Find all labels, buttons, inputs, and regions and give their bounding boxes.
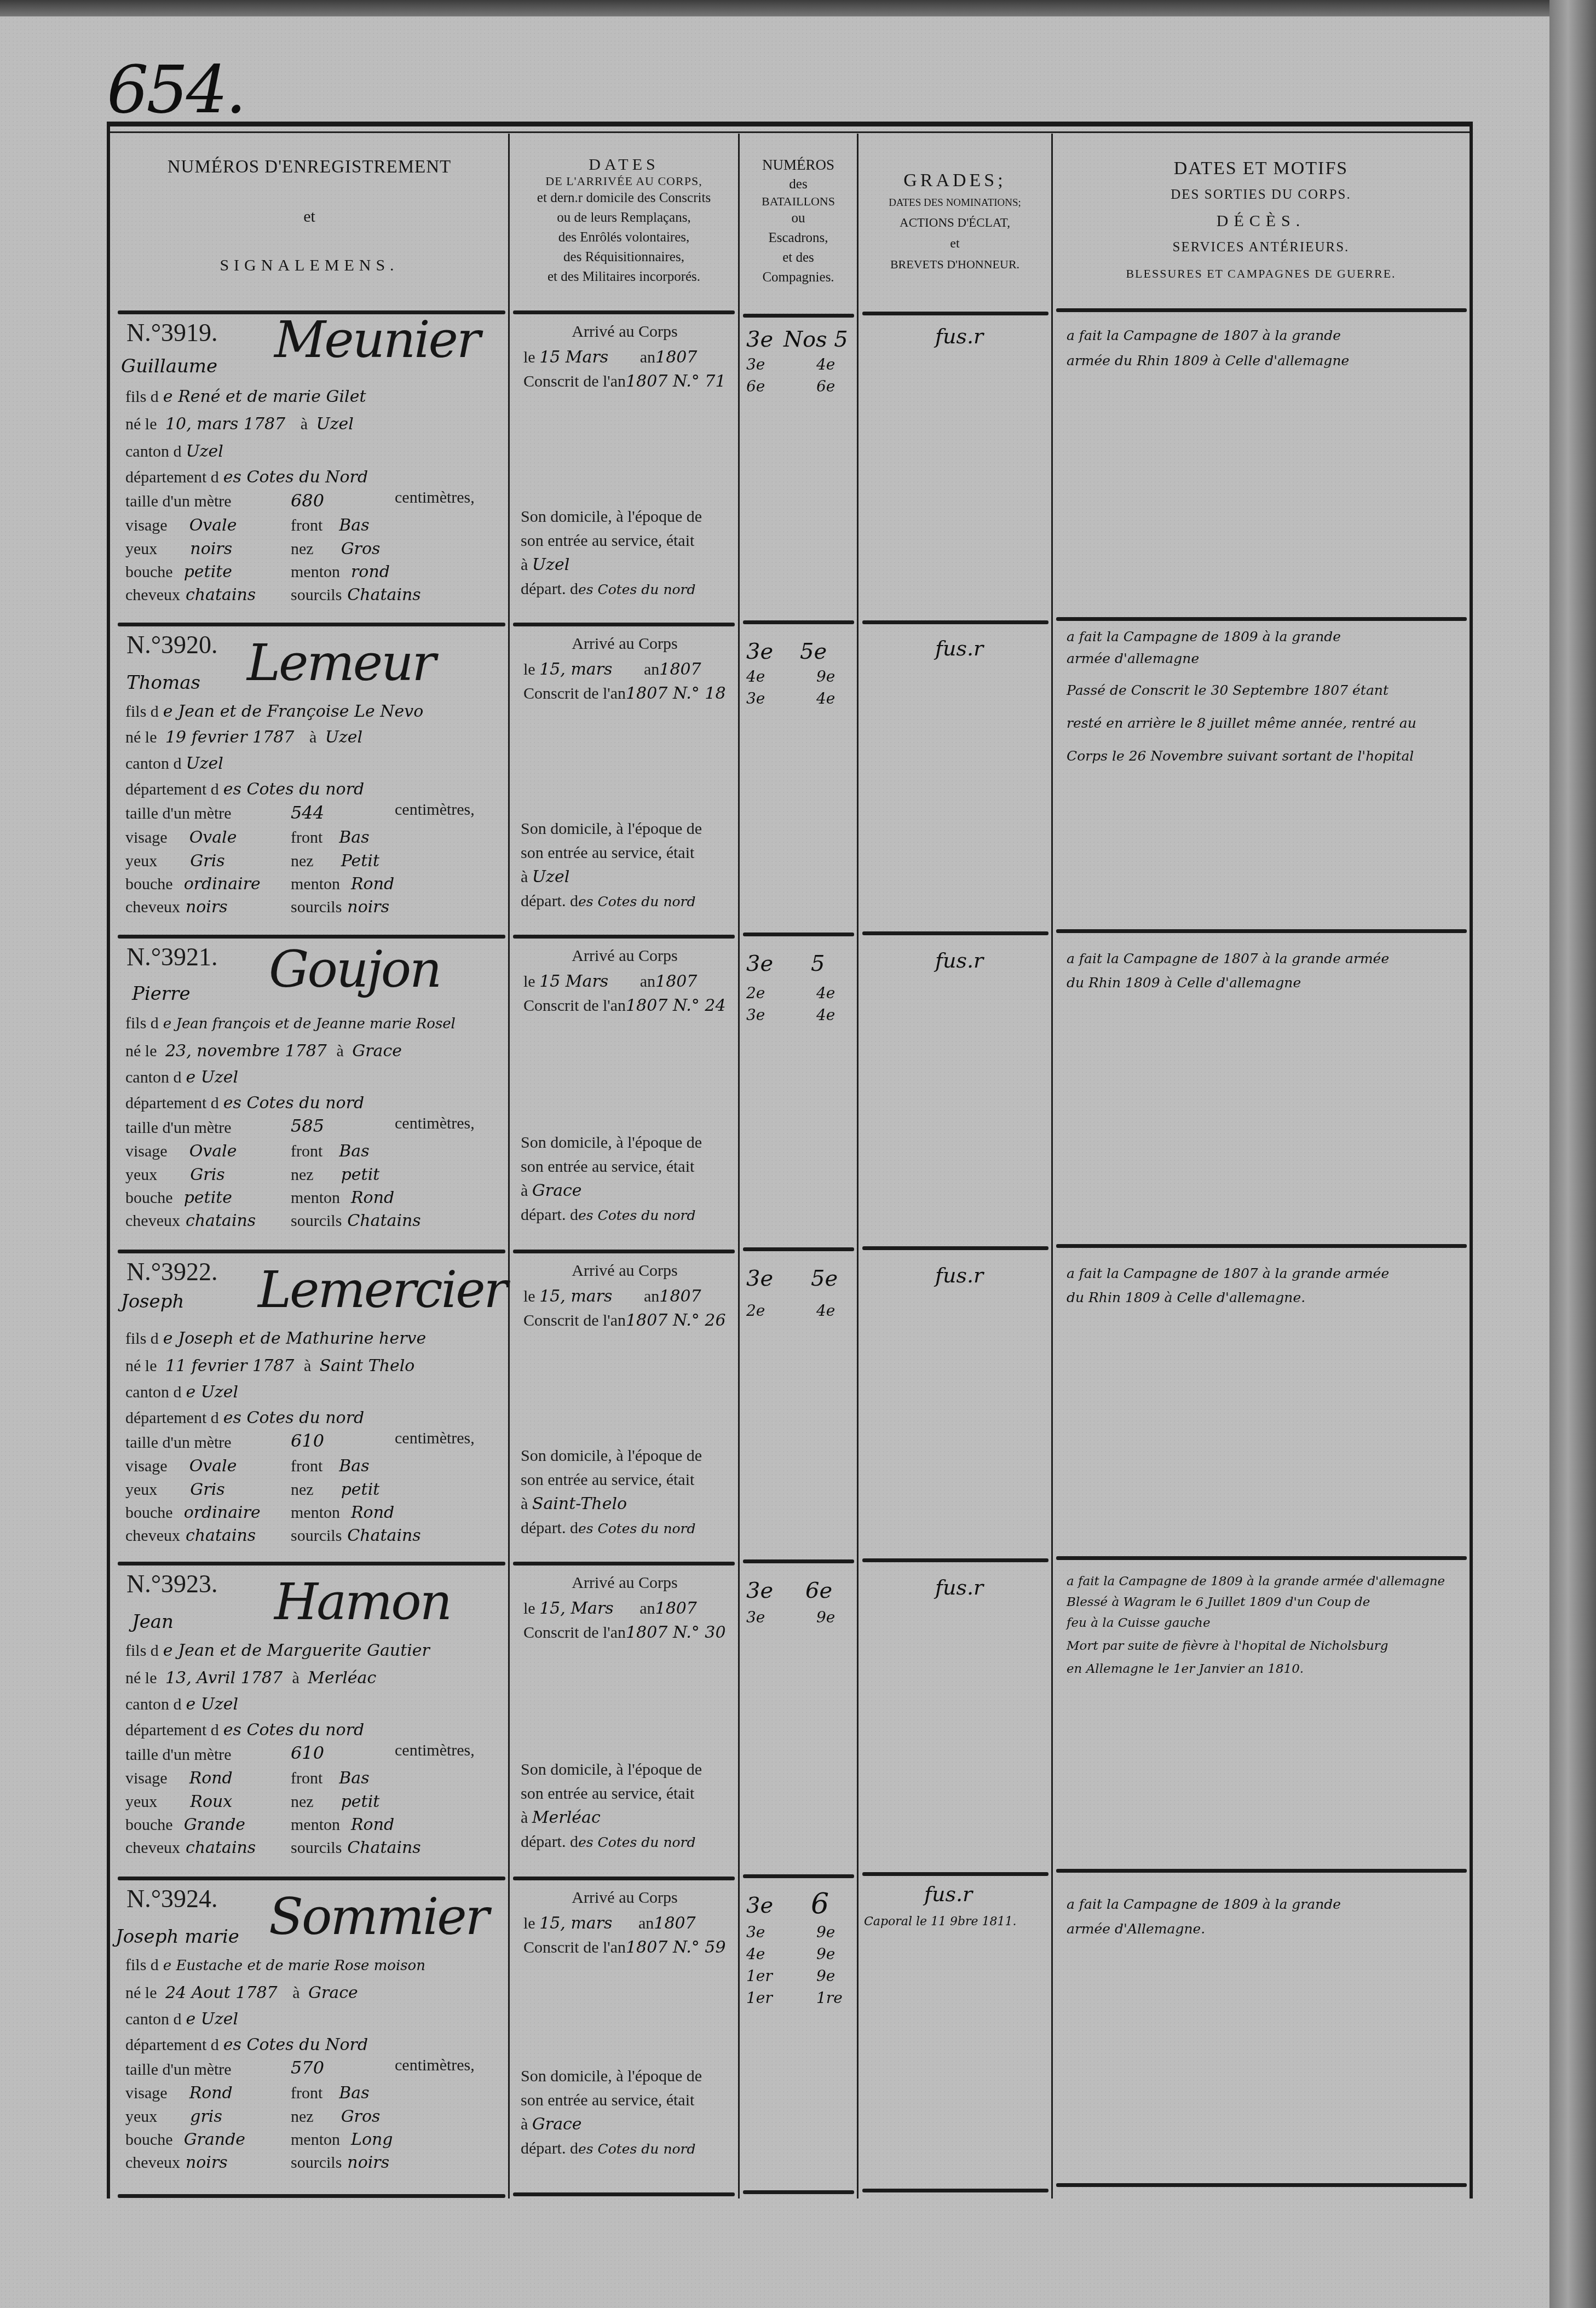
label: taille d'un mètre [125, 492, 232, 511]
label: Conscrit de l'an [523, 1938, 626, 1956]
header-line: DÉCÈS. [1217, 208, 1306, 234]
label: départ. d [521, 1206, 578, 1224]
company: 6e [805, 1578, 832, 1603]
domicile-dept-line: départ. des Cotes du nord [521, 1201, 696, 1229]
company: 5 [811, 951, 825, 976]
battalion: 3e [746, 1578, 773, 1603]
label: front [291, 1142, 322, 1160]
battalion: 3e [746, 1266, 773, 1291]
domicile-departement: es Cotes du nord [578, 894, 696, 910]
front-value: Bas [339, 1142, 369, 1161]
row-rule [862, 1872, 1048, 1876]
company: 4e [816, 1006, 835, 1024]
conscript-class: 1807 N.° 24 [626, 996, 725, 1015]
cheveux-line: cheveuxnoirs [125, 2153, 228, 2172]
domicile-dept-line: départ. des Cotes du nord [521, 888, 696, 916]
battalion: 1er [746, 1989, 773, 2007]
label: front [291, 516, 322, 534]
label: le [523, 660, 535, 678]
label: nez [291, 1166, 314, 1184]
nez-value: petit [341, 1165, 380, 1184]
label: taille d'un mètre [125, 1746, 232, 1764]
arrival-cell: Arrivé au Corps le 15, mars an1807 Consc… [510, 1250, 738, 1562]
label: fils d [125, 703, 159, 721]
height-value: 610 [291, 1742, 324, 1763]
label: départ. d [521, 2139, 578, 2157]
label: Arrivé au Corps [510, 1262, 740, 1280]
header-line: et [950, 233, 959, 255]
label: à [521, 2115, 528, 2133]
label: yeux [125, 852, 157, 870]
label: département d [125, 468, 219, 486]
domicile-place: Merléac [532, 1808, 601, 1827]
label: bouche [125, 563, 173, 581]
conscript-class: 1807 N.° 18 [626, 684, 725, 703]
label: yeux [125, 2108, 157, 2126]
arrival-year: 1807 [655, 972, 697, 991]
label: fils d [125, 1642, 159, 1660]
label: visage [125, 828, 168, 847]
label: visage [125, 1769, 168, 1787]
motives-cell: a fait la Campagne de 1809 à la grande a… [1053, 623, 1469, 935]
arrival-date-line: le 15, mars an1807 [523, 1914, 696, 1933]
birth-place: Uzel [316, 415, 354, 434]
label: menton [291, 1504, 340, 1522]
label: centimètres, [395, 2056, 475, 2075]
departement-line: département des Cotes du nord [125, 1408, 364, 1428]
label: canton d [125, 2010, 181, 2028]
registration-number: N.°3923. [126, 1569, 218, 1598]
motives-cell: a fait la Campagne de 1809 à la grande a… [1053, 1562, 1469, 1877]
signalement-cell: N.°3923. Hamon Jean fils de Jean et de M… [110, 1562, 508, 1877]
label: Arrivé au Corps [510, 947, 740, 965]
service-note: du Rhin 1809 à Celle d'allemagne. [1067, 1283, 1305, 1312]
grades-cell: fus.r [859, 1250, 1051, 1562]
surname: Lemeur [247, 634, 434, 692]
sourcils-line: sourcilsChatains [291, 1838, 421, 1857]
visage-line: visageOvale [125, 1457, 237, 1476]
label: Arrivé au Corps [510, 635, 740, 653]
label: à [336, 1042, 343, 1060]
visage-value: Rond [189, 2083, 233, 2103]
battalion-cell: 3e 2e 5e 4e [740, 1250, 857, 1562]
nez-line: nezGros [291, 2107, 380, 2126]
canton-line: canton dUzel [125, 442, 223, 461]
visage-value: Ovale [189, 1142, 237, 1161]
menton-value: Rond [351, 1503, 394, 1522]
domicile-dept-line: départ. des Cotes du nord [521, 1515, 696, 1542]
label: taille d'un mètre [125, 1434, 232, 1452]
height-value: 544 [291, 802, 324, 823]
bouche-value: ordinaire [184, 874, 261, 894]
company: 5e [811, 1266, 838, 1291]
label: nez [291, 540, 314, 558]
row-rule [743, 2190, 854, 2194]
row-rule [1056, 2183, 1467, 2187]
domicile-line: à Saint-Thelo [521, 1490, 627, 1518]
birth-line: né le 23, novembre 1787 à Grace [125, 1041, 402, 1061]
visage-line: visageRond [125, 1769, 233, 1788]
label: centimètres, [395, 1114, 475, 1133]
arrival-date-line: le 15, mars an1807 [523, 1287, 701, 1306]
cheveux-value: chatains [186, 1838, 256, 1857]
domicile-line: à Grace [521, 2111, 582, 2138]
label: nez [291, 852, 314, 870]
label: taille d'un mètre [125, 2060, 232, 2079]
label: Conscrit de l'an [523, 372, 626, 390]
label: Son domicile, à l'époque de [521, 815, 702, 843]
visage-line: visageOvale [125, 516, 237, 535]
label: né le [125, 1042, 157, 1060]
given-name: Joseph marie [116, 1926, 239, 1948]
label: Conscrit de l'an [523, 684, 626, 703]
header-col-motives: DATES ET MOTIFS DES SORTIES DU CORPS. DÉ… [1053, 134, 1469, 309]
departement-line: département des Cotes du nord [125, 1093, 364, 1113]
row-rule [1056, 1869, 1467, 1873]
sourcils-value: Chatains [347, 585, 420, 605]
domicile-dept-line: départ. des Cotes du nord [521, 575, 696, 603]
label: sourcils [291, 1839, 342, 1857]
parents-value: e Jean et de Marguerite Gautier [163, 1641, 430, 1660]
arrival-date-line: le 15, mars an1807 [523, 660, 701, 679]
company: 9e [816, 667, 835, 686]
arrival-cell: Arrivé au Corps le 15 Mars an1807 Conscr… [510, 935, 738, 1250]
front-value: Bas [339, 1769, 369, 1788]
label: yeux [125, 540, 157, 558]
label: sourcils [291, 1212, 342, 1230]
company: 6 [811, 1887, 829, 1920]
bouche-line: boucheordinaire [125, 1503, 261, 1522]
departement-value: es Cotes du Nord [223, 2035, 368, 2054]
grades-cell: fus.r [859, 935, 1051, 1250]
label: son entrée au service, était [521, 1780, 694, 1808]
label: front [291, 1769, 322, 1787]
sourcils-value: noirs [347, 897, 389, 917]
departement-line: département des Cotes du Nord [125, 468, 368, 487]
grades-cell: fus.r [859, 310, 1051, 623]
label: à [521, 868, 528, 886]
header-conj: et [303, 208, 315, 226]
label: son entrée au service, était [521, 1153, 694, 1181]
register-entry: N.°3919. Meunier Guillaume fils de René … [107, 310, 1473, 623]
birth-line: né le 24 Aout 1787 à Grace [125, 1983, 358, 2002]
label: taille d'un mètre [125, 804, 232, 823]
label: à [304, 1357, 311, 1375]
nez-line: nezGros [291, 539, 380, 559]
battalion: 4e [746, 1945, 765, 1963]
conscript-class: 1807 N.° 71 [626, 372, 725, 391]
service-note: resté en arrière le 8 juillet même année… [1067, 709, 1416, 738]
page-edge [1549, 0, 1596, 2308]
battalion-cell: 3e 3e 6e Nos 5 4e 6e [740, 310, 857, 623]
conscript-line: Conscrit de l'an1807 N.° 59 [523, 1938, 726, 1957]
canton-line: canton dUzel [125, 754, 223, 773]
arrival-date: 15, mars [539, 1914, 612, 1933]
grade: fus.r [935, 636, 983, 660]
given-name: Guillaume [121, 355, 217, 377]
label: bouche [125, 875, 173, 893]
departement-value: es Cotes du Nord [223, 468, 368, 487]
battalion: 3e [746, 689, 765, 707]
domicile-dept-line: départ. des Cotes du nord [521, 2135, 696, 2163]
header-subtitle: SIGNALEMENS. [220, 256, 399, 275]
canton-line: canton de Uzel [125, 2010, 238, 2029]
departement-value: es Cotes du nord [223, 1408, 364, 1428]
header-line: BATAILLONS [762, 194, 835, 209]
label: son entrée au service, était [521, 527, 694, 555]
label: Son domicile, à l'époque de [521, 1129, 702, 1156]
header-line: BREVETS D'HONNEUR. [890, 255, 1019, 274]
header-line: ou de leurs Remplaçans, [557, 208, 690, 228]
row-rule [1056, 617, 1467, 621]
label: front [291, 2084, 322, 2102]
sourcils-value: Chatains [347, 1838, 420, 1857]
registration-number: N.°3919. [126, 318, 218, 347]
birth-place: Grace [352, 1041, 402, 1061]
yeux-line: yeuxGris [125, 851, 225, 871]
yeux-line: yeuxgris [125, 2107, 222, 2126]
label: front [291, 1457, 322, 1475]
birth-date: 10, mars 1787 [165, 415, 285, 434]
bouche-line: bouchepetite [125, 562, 232, 582]
battalion: 2e [746, 984, 765, 1002]
row-rule [118, 2194, 505, 2198]
domicile-place: Uzel [532, 555, 569, 574]
visage-line: visageRond [125, 2083, 233, 2103]
bouche-value: petite [184, 1188, 232, 1207]
header-title: DATES [589, 156, 659, 174]
menton-line: mentonRond [291, 1815, 394, 1834]
conscript-line: Conscrit de l'an1807 N.° 71 [523, 372, 726, 391]
front-value: Bas [339, 828, 369, 847]
company: 4e [816, 355, 835, 373]
cheveux-value: chatains [186, 1211, 256, 1230]
arrival-year: 1807 [659, 1287, 701, 1306]
parents-line: fils de René et de marie Gilet [125, 387, 366, 406]
label: son entrée au service, était [521, 2087, 694, 2114]
arrival-year: 1807 [655, 1599, 697, 1618]
label: cheveux [125, 1527, 180, 1545]
cheveux-value: noirs [186, 897, 228, 917]
parents-line: fils de Jean et de Marguerite Gautier [125, 1641, 430, 1660]
domicile-departement: es Cotes du nord [578, 1207, 696, 1223]
service-note: armée d'Allemagne. [1067, 1915, 1205, 1943]
parents-value: e Joseph et de Mathurine herve [163, 1329, 426, 1348]
bouche-line: boucheordinaire [125, 874, 261, 894]
yeux-line: yeuxGris [125, 1480, 225, 1499]
header-line: DE L'ARRIVÉE AU CORPS, [545, 174, 702, 188]
label: bouche [125, 1816, 173, 1834]
registration-number: N.°3922. [126, 1257, 218, 1286]
label: fils d [125, 1329, 159, 1348]
nez-line: nezpetit [291, 1792, 379, 1811]
label: yeux [125, 1793, 157, 1811]
menton-value: Long [351, 2130, 393, 2149]
label: département d [125, 780, 219, 798]
header-line: et des [782, 248, 814, 268]
company: 9e [816, 1967, 835, 1985]
bouche-line: boucheGrande [125, 1815, 245, 1834]
label: an [638, 1914, 654, 1932]
service-note: a fait la Campagne de 1807 à la grande [1067, 321, 1341, 350]
nez-line: nezpetit [291, 1165, 379, 1184]
arrival-date: 15 Mars [539, 348, 608, 367]
arrival-date: 15, mars [539, 660, 612, 679]
birth-date: 24 Aout 1787 [165, 1983, 278, 2002]
label: visage [125, 516, 168, 534]
label: Arrivé au Corps [510, 1889, 740, 1907]
grade: fus.r [935, 948, 983, 972]
nez-line: nezPetit [291, 851, 379, 871]
company: 4e [816, 1302, 835, 1320]
header-line: Escadrons, [769, 228, 828, 248]
nez-value: petit [341, 1480, 380, 1499]
birth-date: 13, Avril 1787 [165, 1668, 283, 1688]
menton-value: Rond [351, 1815, 394, 1834]
header-line: et dern.r domicile des Conscrits [537, 188, 711, 208]
bouche-value: ordinaire [184, 1503, 261, 1522]
label: départ. d [521, 892, 578, 910]
visage-line: visageOvale [125, 1142, 237, 1161]
label: département d [125, 2036, 219, 2054]
label: le [523, 1287, 535, 1305]
header-line: DES SORTIES DU CORPS. [1171, 182, 1351, 208]
menton-line: mentonRond [291, 1188, 394, 1207]
label: an [639, 1599, 655, 1618]
company: 9e [816, 1608, 835, 1626]
label: départ. d [521, 580, 578, 598]
canton-value: e Uzel [186, 1068, 238, 1087]
domicile-place: Grace [532, 1181, 582, 1200]
service-note: armée du Rhin 1809 à Celle d'allemagne [1067, 347, 1349, 375]
label: visage [125, 2084, 168, 2102]
register-entry: N.°3922. Lemercier Joseph fils de Joseph… [107, 1250, 1473, 1562]
cheveux-value: noirs [186, 2153, 228, 2172]
birth-place: Saint Thelo [320, 1356, 415, 1375]
header-title: NUMÉROS [762, 155, 834, 175]
visage-line: visageOvale [125, 828, 237, 847]
label: à [521, 556, 528, 574]
conscript-line: Conscrit de l'an1807 N.° 30 [523, 1623, 726, 1642]
birth-date: 11 fevrier 1787 [165, 1356, 294, 1375]
departement-value: es Cotes du nord [223, 780, 364, 799]
label: à [292, 1984, 299, 2002]
domicile-departement: es Cotes du nord [578, 1834, 696, 1850]
label: Arrivé au Corps [510, 1574, 740, 1592]
arrival-date: 15, mars [539, 1287, 612, 1306]
battalion-cell: 3e 3e 4e 1er 1er 6 9e 9e 9e 1re [740, 1877, 857, 2194]
birth-place: Merléac [308, 1668, 376, 1688]
conscript-line: Conscrit de l'an1807 N.° 18 [523, 684, 726, 703]
battalion: 3e [746, 355, 765, 373]
label: né le [125, 1669, 157, 1687]
domicile-departement: es Cotes du nord [578, 2141, 696, 2157]
page-number: 654. [107, 52, 244, 128]
label: yeux [125, 1481, 157, 1499]
header-line: ACTIONS D'ÉCLAT, [900, 213, 1010, 233]
register-entry: N.°3923. Hamon Jean fils de Jean et de M… [107, 1562, 1473, 1877]
front-line: frontBas [291, 1457, 370, 1476]
height-value: 610 [291, 1430, 324, 1451]
departement-line: département des Cotes du nord [125, 780, 364, 799]
label: menton [291, 1816, 340, 1834]
label: départ. d [521, 1519, 578, 1537]
menton-value: Rond [351, 1188, 394, 1207]
battalion: 3e [746, 1006, 765, 1024]
given-name: Joseph [121, 1291, 184, 1313]
grades-cell: fus.r Caporal le 11 9bre 1811. [859, 1877, 1051, 2194]
yeux-value: gris [190, 2107, 222, 2126]
conscript-line: Conscrit de l'an1807 N.° 26 [523, 1311, 726, 1330]
battalion-cell: 3e 4e 3e 5e 9e 4e [740, 623, 857, 935]
label: fils d [125, 1014, 159, 1032]
label: canton d [125, 1068, 181, 1086]
row-rule [862, 2189, 1048, 2192]
given-name: Thomas [126, 672, 200, 694]
registration-number: N.°3920. [126, 630, 218, 659]
label: département d [125, 1409, 219, 1427]
arrival-year: 1807 [655, 348, 697, 367]
yeux-line: yeuxGris [125, 1165, 225, 1184]
header-line: ou [792, 209, 805, 228]
motives-cell: a fait la Campagne de 1807 à la grande a… [1053, 310, 1469, 623]
domicile-line: à Uzel [521, 551, 569, 579]
grade: fus.r [935, 324, 983, 348]
label: bouche [125, 1504, 173, 1522]
cheveux-line: cheveuxnoirs [125, 897, 228, 917]
label: à [309, 728, 316, 746]
conscript-class: 1807 N.° 30 [626, 1623, 725, 1642]
label: front [291, 828, 322, 847]
label: Conscrit de l'an [523, 1311, 626, 1329]
domicile-place: Saint-Thelo [532, 1494, 627, 1513]
grade: fus.r [935, 1575, 983, 1599]
label: Conscrit de l'an [523, 997, 626, 1015]
company: 4e [816, 689, 835, 707]
arrival-year: 1807 [654, 1914, 695, 1933]
label: Son domicile, à l'époque de [521, 1756, 702, 1783]
birth-date: 23, novembre 1787 [165, 1041, 327, 1061]
label: cheveux [125, 2154, 180, 2172]
departement-line: département des Cotes du nord [125, 1720, 364, 1740]
label: Conscrit de l'an [523, 1624, 626, 1642]
label: menton [291, 1189, 340, 1207]
label: fils d [125, 1956, 159, 1974]
service-note: du Rhin 1809 à Celle d'allemagne [1067, 969, 1301, 997]
yeux-line: yeuxRoux [125, 1792, 232, 1811]
header-col-grades: GRADES; DATES DES NOMINATIONS; ACTIONS D… [859, 134, 1051, 309]
label: Son domicile, à l'époque de [521, 2063, 702, 2090]
canton-value: e Uzel [186, 1695, 238, 1714]
label: centimètres, [395, 488, 475, 507]
registration-number: N.°3924. [126, 1884, 218, 1913]
label: sourcils [291, 898, 342, 916]
cheveux-line: cheveuxchatains [125, 1211, 256, 1230]
domicile-place: Grace [532, 2115, 582, 2134]
yeux-value: Gris [190, 851, 224, 871]
battalion: 6e [746, 377, 765, 395]
canton-value: e Uzel [186, 2010, 238, 2029]
nez-value: petit [341, 1792, 380, 1811]
row-rule [1056, 1244, 1467, 1248]
menton-line: mentonLong [291, 2130, 393, 2149]
arrival-cell: Arrivé au Corps le 15, mars an1807 Consc… [510, 623, 738, 935]
label: nez [291, 1481, 314, 1499]
bouche-line: boucheGrande [125, 2130, 245, 2149]
header-line: des [789, 175, 807, 194]
header-col-registration: NUMÉROS D'ENREGISTREMENT et SIGNALEMENS. [112, 134, 506, 309]
row-rule [1056, 929, 1467, 933]
